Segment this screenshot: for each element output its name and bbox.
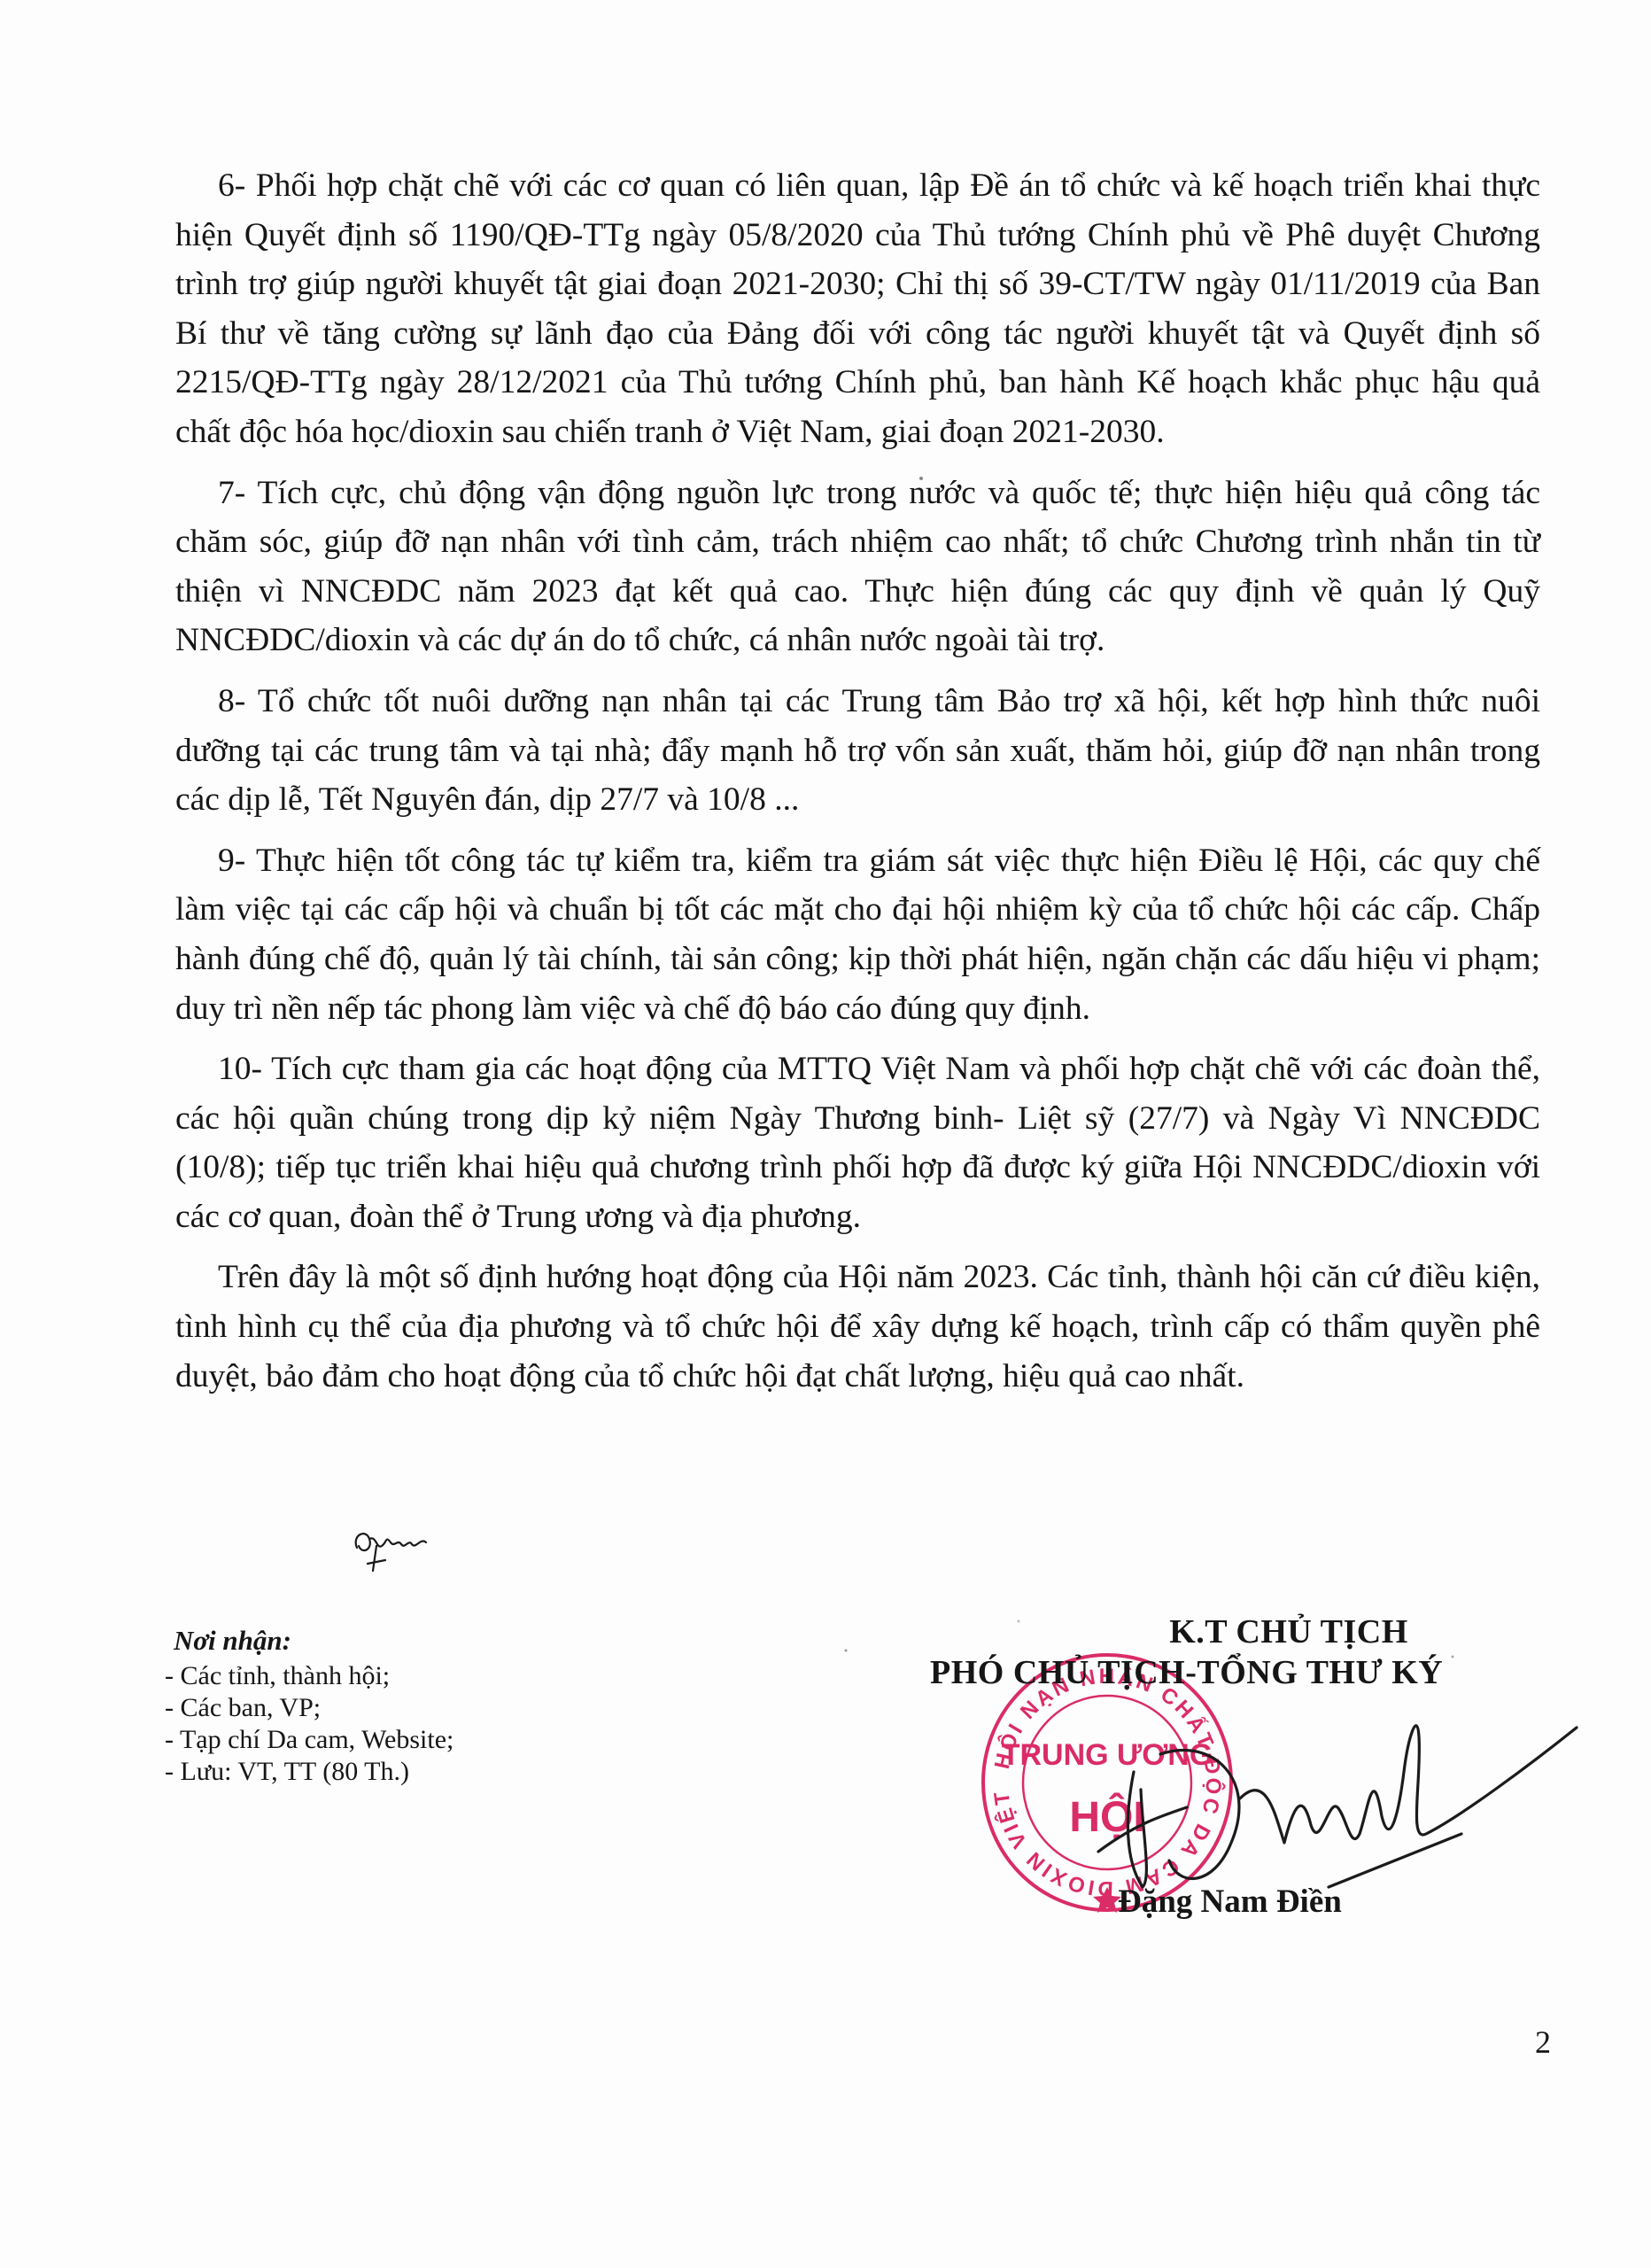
paragraph-item-6: 6- Phối hợp chặt chẽ với các cơ quan có … bbox=[175, 161, 1540, 457]
handwritten-signature-icon bbox=[1036, 1666, 1585, 1914]
initials-signature-icon bbox=[350, 1519, 447, 1573]
recipients-title: Nơi nhận: bbox=[174, 1625, 453, 1657]
document-body: 6- Phối hợp chặt chẽ với các cơ quan có … bbox=[175, 161, 1540, 1412]
recipient-item: - Tạp chí Da cam, Website; bbox=[165, 1724, 453, 1756]
document-page: 6- Phối hợp chặt chẽ với các cơ quan có … bbox=[0, 0, 1651, 2268]
recipient-item: - Các tỉnh, thành hội; bbox=[165, 1660, 453, 1692]
signature-title-line1: K.T CHỦ TỊCH bbox=[921, 1612, 1594, 1651]
paragraph-item-7: 7- Tích cực, chủ động vận động nguồn lực… bbox=[175, 469, 1540, 665]
paragraph-item-10: 10- Tích cực tham gia các hoạt động của … bbox=[175, 1045, 1540, 1241]
recipient-item: - Lưu: VT, TT (80 Th.) bbox=[165, 1756, 453, 1788]
recipient-item: - Các ban, VP; bbox=[165, 1692, 453, 1724]
recipients-list: - Các tỉnh, thành hội; - Các ban, VP; - … bbox=[165, 1660, 453, 1788]
closing-paragraph: Trên đây là một số định hướng hoạt động … bbox=[175, 1253, 1540, 1401]
paragraph-item-8: 8- Tổ chức tốt nuôi dưỡng nạn nhân tại c… bbox=[175, 677, 1540, 825]
recipients-block: Nơi nhận: - Các tỉnh, thành hội; - Các b… bbox=[165, 1625, 453, 1788]
paragraph-item-9: 9- Thực hiện tốt công tác tự kiểm tra, k… bbox=[175, 836, 1540, 1033]
page-number: 2 bbox=[1535, 2023, 1551, 2061]
